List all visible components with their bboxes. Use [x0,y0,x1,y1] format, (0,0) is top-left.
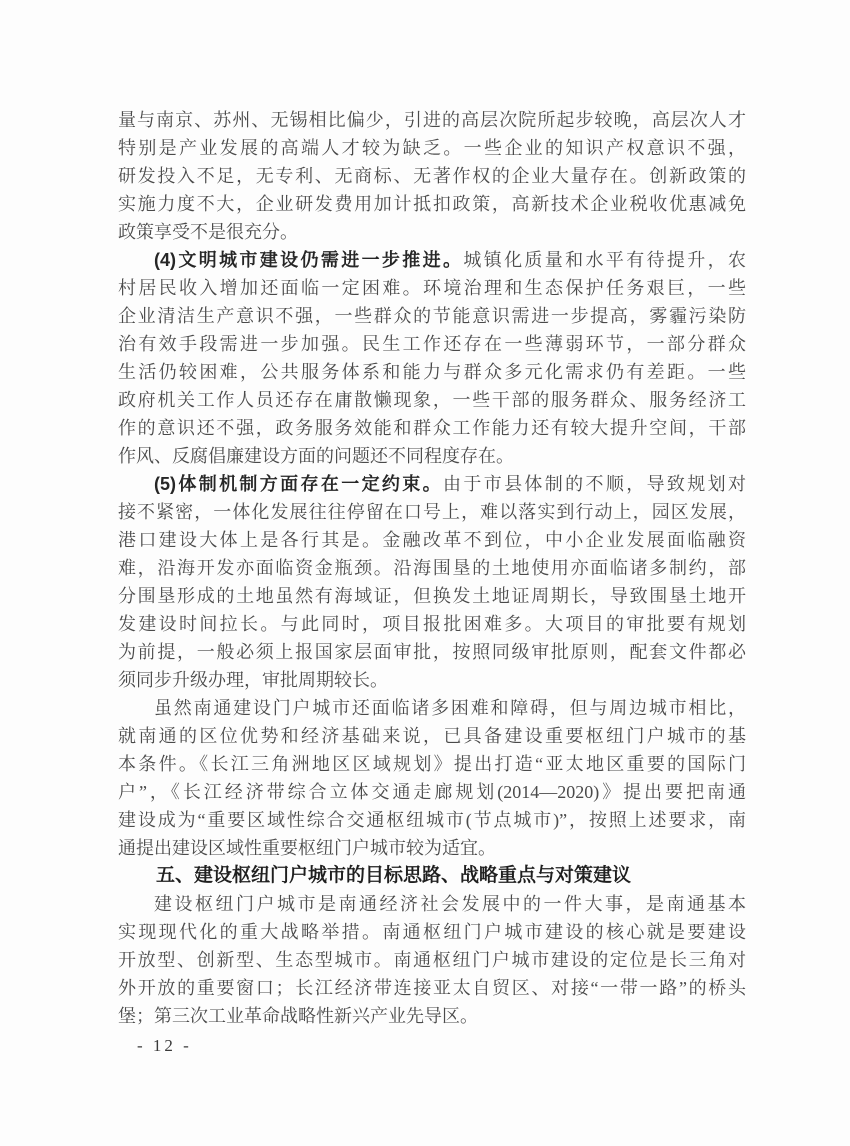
text-line: 作的意识还不强，政务服务效能和群众工作能力还有较大提升空间，干部 [118,414,746,442]
text-line: 外开放的重要窗口；长江经济带连接亚太自贸区、对接“一带一路”的桥头 [118,974,746,1002]
item-5-lead-rest: 由于市县体制的不顺，导致规划对 [443,474,746,494]
text-line: 研发投入不足，无专利、无商标、无著作权的企业大量存在。创新政策的 [118,162,746,190]
text-line: 实施力度不大，企业研发费用加计抵扣政策，高新技术企业税收优惠减免 [118,190,746,218]
text-line: 难，沿海开发亦面临资金瓶颈。沿海围垦的土地使用亦面临诸多制约，部 [118,554,746,582]
section-5-heading: 五、建设枢纽门户城市的目标思路、战略重点与对策建议 [118,862,746,890]
text-block: 量与南京、苏州、无锡相比偏少，引进的高层次院所起步较晚，高层次人才 特别是产业发… [118,106,746,1030]
text-line: 政策享受不是很充分。 [118,218,746,246]
text-line: 建设成为“重要区域性综合交通枢纽城市(节点城市)”，按照上述要求，南 [118,806,746,834]
text-line: 特别是产业发展的高端人才较为缺乏。一些企业的知识产权意识不强， [118,134,746,162]
text-line: 分围垦形成的土地虽然有海域证，但换发土地证周期长，导致围垦土地开 [118,582,746,610]
text-line: 通提出建设区域性重要枢纽门户城市较为适宜。 [118,834,746,862]
text-line: 接不紧密，一体化发展往往停留在口号上，难以落实到行动上，园区发展， [118,498,746,526]
item-4-lead-rest: 城镇化质量和水平有待提升，农 [463,250,746,270]
text-line: 作风、反腐倡廉建设方面的问题还不同程度存在。 [118,442,746,470]
text-line: 为前提，一般必须上报国家层面审批，按照同级审批原则，配套文件都必 [118,638,746,666]
text-line: 港口建设大体上是各行其是。金融改革不到位，中小企业发展面临融资 [118,526,746,554]
item-4-lead: (4)文明城市建设仍需进一步推进。 [154,250,463,270]
item-5-first-line: (5)体制机制方面存在一定约束。由于市县体制的不顺，导致规划对 [118,470,746,498]
text-line: 堡；第三次工业革命战略性新兴产业先导区。 [118,1002,746,1030]
text-line: 虽然南通建设门户城市还面临诸多困难和障碍，但与周边城市相比， [118,694,746,722]
item-4-first-line: (4)文明城市建设仍需进一步推进。城镇化质量和水平有待提升，农 [118,246,746,274]
page-number: - 12 - [137,1032,192,1060]
text-line: 发建设时间拉长。与此同时，项目报批困难多。大项目的审批要有规划 [118,610,746,638]
text-line: 开放型、创新型、生态型城市。南通枢纽门户城市建设的定位是长三角对 [118,946,746,974]
document-page: 量与南京、苏州、无锡相比偏少，引进的高层次院所起步较晚，高层次人才 特别是产业发… [0,0,850,1146]
text-line: 建设枢纽门户城市是南通经济社会发展中的一件大事，是南通基本 [118,890,746,918]
item-5-lead: (5)体制机制方面存在一定约束。 [154,474,443,494]
text-line: 生活仍较困难，公共服务体系和能力与群众多元化需求仍有差距。一些 [118,358,746,386]
text-line: 村居民收入增加还面临一定困难。环境治理和生态保护任务艰巨，一些 [118,274,746,302]
text-line: 企业清洁生产意识不强，一些群众的节能意识需进一步提高，雾霾污染防 [118,302,746,330]
text-line: 治有效手段需进一步加强。民生工作还存在一些薄弱环节，一部分群众 [118,330,746,358]
text-line: 须同步升级办理，审批周期较长。 [118,666,746,694]
text-line: 政府机关工作人员还存在庸散懒现象，一些干部的服务群众、服务经济工 [118,386,746,414]
text-line: 实现现代化的重大战略举措。南通枢纽门户城市建设的核心就是要建设 [118,918,746,946]
text-line: 户”，《长江经济带综合立体交通走廊规划(2014—2020)》提出要把南通 [118,778,746,806]
text-line: 量与南京、苏州、无锡相比偏少，引进的高层次院所起步较晚，高层次人才 [118,106,746,134]
text-line: 就南通的区位优势和经济基础来说，已具备建设重要枢纽门户城市的基 [118,722,746,750]
text-line: 本条件。《长江三角洲地区区域规划》提出打造“亚太地区重要的国际门 [118,750,746,778]
